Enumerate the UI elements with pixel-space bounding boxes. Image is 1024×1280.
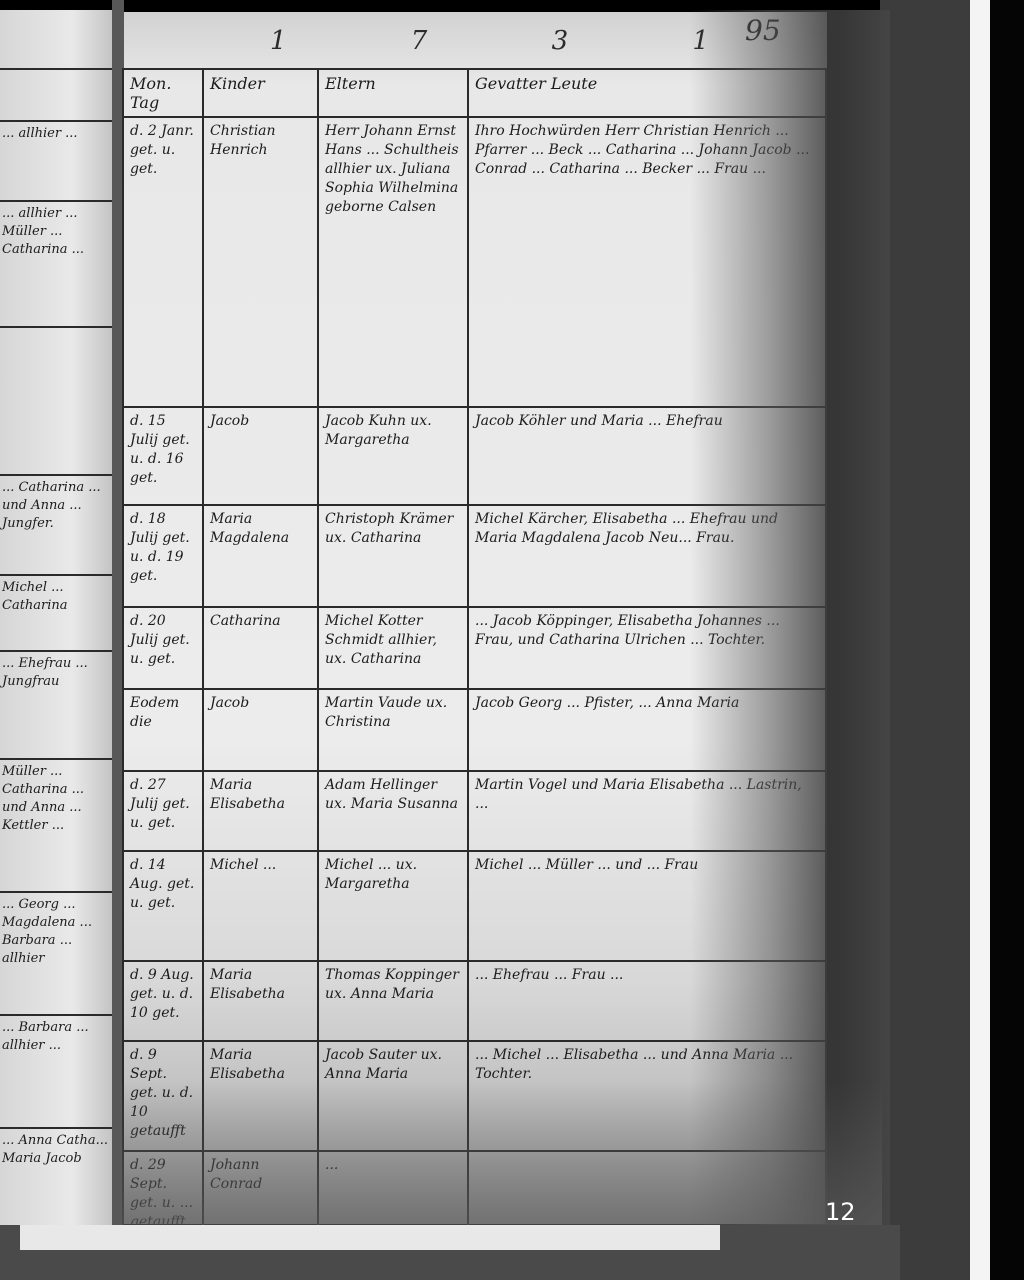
left-page-column: ... allhier ... ... allhier ... Müller .… — [0, 68, 112, 1215]
page-edge-shadow — [690, 10, 890, 1225]
left-fragment: Michel ... Catharina — [0, 574, 112, 650]
entry-parents: Michel ... ux. Margaretha — [318, 851, 468, 961]
entry-date: d. 2 Janr. get. u. get. — [123, 117, 203, 407]
entry-parents: Michel Kotter Schmidt allhier, ux. Catha… — [318, 607, 468, 689]
left-fragment: ... Georg ... Magdalena ... Barbara ... … — [0, 891, 112, 1014]
film-frame-dark-border — [880, 0, 970, 1280]
left-fragment — [0, 326, 112, 474]
entry-parents: Christoph Krämer ux. Catharina — [318, 505, 468, 607]
left-fragment: Müller ... Catharina ... und Anna ... Ke… — [0, 758, 112, 891]
column-header-parents: Eltern — [318, 69, 468, 117]
entry-date: d. 27 Julij get. u. get. — [123, 771, 203, 851]
entry-child: Jacob — [203, 689, 318, 771]
entry-date: d. 18 Julij get. u. d. 19 get. — [123, 505, 203, 607]
entry-child: Maria Elisabetha — [203, 771, 318, 851]
entry-date: d. 14 Aug. get. u. get. — [123, 851, 203, 961]
left-fragment: ... Barbara ... allhier ... — [0, 1014, 112, 1127]
left-fragment: ... Ehefrau ... Jungfrau — [0, 650, 112, 758]
column-header-date: Mon. Tag — [123, 69, 203, 117]
film-frame-light-strip — [970, 0, 990, 1280]
entry-child: Christian Henrich — [203, 117, 318, 407]
entry-parents: Adam Hellinger ux. Maria Susanna — [318, 771, 468, 851]
entry-date: Eodem die — [123, 689, 203, 771]
column-header-children: Kinder — [203, 69, 318, 117]
entry-date: d. 9 Aug. get. u. d. 10 get. — [123, 961, 203, 1041]
left-fragment: ... allhier ... Müller ... Catharina ... — [0, 200, 112, 326]
film-bottom-light-strip — [20, 1225, 720, 1250]
left-fragment: ... allhier ... — [0, 120, 112, 200]
entry-parents: Jacob Kuhn ux. Margaretha — [318, 407, 468, 505]
entry-child: Maria Elisabetha — [203, 961, 318, 1041]
entry-child: Maria Magdalena — [203, 505, 318, 607]
left-page-header-cell — [0, 68, 112, 120]
film-frame-edge — [990, 0, 1024, 1280]
entry-parents: Herr Johann Ernst Hans ... Schultheis al… — [318, 117, 468, 407]
entry-child: Jacob — [203, 407, 318, 505]
entry-child: Catharina — [203, 607, 318, 689]
entry-date: d. 20 Julij get. u. get. — [123, 607, 203, 689]
left-fragment: ... Catharina ... und Anna ... Jungfer. — [0, 474, 112, 574]
entry-child: Michel ... — [203, 851, 318, 961]
page-bottom-shadow — [122, 1080, 882, 1225]
entry-date: d. 15 Julij get. u. d. 16 get. — [123, 407, 203, 505]
left-fragment: ... Anna Catha... Maria Jacob — [0, 1127, 112, 1215]
entry-parents: Thomas Koppinger ux. Anna Maria — [318, 961, 468, 1041]
frame-mark: 12 — [825, 1198, 856, 1226]
entry-parents: Martin Vaude ux. Christina — [318, 689, 468, 771]
